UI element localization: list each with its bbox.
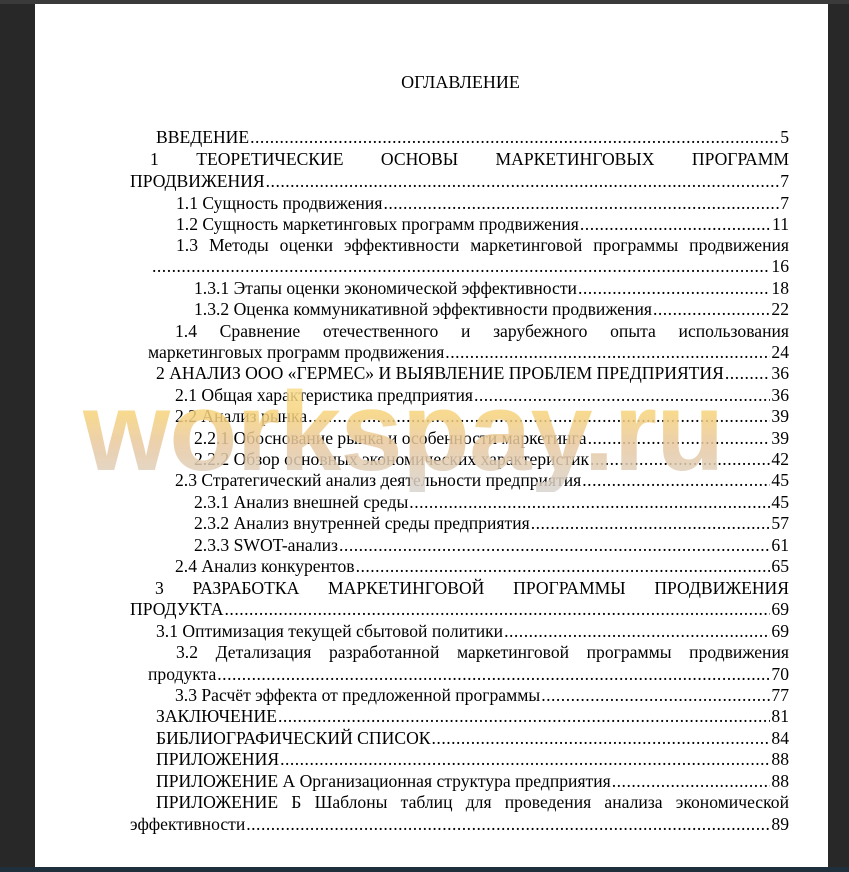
dot-leader	[250, 126, 779, 148]
toc-entry-line1[interactable]: 1.4 Сравнение отечественного и зарубежно…	[175, 320, 789, 342]
dot-leader	[308, 405, 770, 427]
toc-entry[interactable]: 2.2.2 Обзор основных экономических харак…	[194, 448, 789, 470]
toc-entry[interactable]: 2.4 Анализ конкурентов65	[175, 555, 789, 577]
toc-entry-line1[interactable]: 3 РАЗРАБОТКА МАРКЕТИНГОВОЙ ПРОГРАММЫ ПРО…	[155, 577, 789, 599]
dot-leader	[445, 341, 770, 363]
dot-leader	[409, 491, 770, 513]
toc-entry[interactable]: 1.2 Сущность маркетинговых программ прод…	[176, 213, 789, 235]
dot-leader	[383, 192, 779, 214]
toc-entry[interactable]: ПРИЛОЖЕНИЕ А Организационная структура п…	[156, 770, 789, 792]
toc-entry[interactable]: 2.2 Анализ рынка39	[175, 405, 789, 427]
dot-leader	[278, 705, 770, 727]
dot-leader	[580, 213, 771, 235]
dot-leader	[531, 512, 771, 534]
dot-leader	[612, 770, 771, 792]
toc-entry[interactable]: ПРИЛОЖЕНИЯ88	[156, 748, 789, 770]
toc-entry[interactable]: 2.3 Стратегический анализ деятельности п…	[175, 469, 789, 491]
toc-entry[interactable]: 1.3.1 Этапы оценки экономической эффекти…	[194, 277, 789, 299]
dot-leader	[356, 555, 771, 577]
dot-leader	[588, 427, 771, 449]
toc-entry[interactable]: маркетинговых программ продвижения24	[148, 341, 789, 363]
toc-entry[interactable]: 2 АНАЛИЗ ООО «ГЕРМЕС» И ВЫЯВЛЕНИЕ ПРОБЛЕ…	[156, 362, 789, 384]
dot-leader	[266, 170, 780, 192]
dot-leader	[246, 813, 770, 835]
table-of-contents: ВВЕДЕНИЕ5 1 ТЕОРЕТИЧЕСКИЕ ОСНОВЫ МАРКЕТИ…	[35, 4, 828, 867]
toc-entry-line1[interactable]: ПРИЛОЖЕНИЕ Б Шаблоны таблиц для проведен…	[156, 791, 789, 813]
toc-entry[interactable]: ПРОДВИЖЕНИЯ7	[130, 170, 789, 192]
toc-entry[interactable]: 2.3.3 SWOT-анализ61	[194, 534, 789, 556]
document-page: ОГЛАВЛЕНИЕ ВВЕДЕНИЕ5 1 ТЕОРЕТИЧЕСКИЕ ОСН…	[35, 4, 828, 867]
toc-entry[interactable]: ВВЕДЕНИЕ5	[156, 126, 789, 148]
dot-leader	[578, 277, 770, 299]
toc-entry-line1[interactable]: 3.2 Детализация разработанной маркетинго…	[176, 641, 789, 663]
dot-leader	[432, 727, 771, 749]
dot-leader	[339, 534, 770, 556]
toc-entry[interactable]: ПРОДУКТА69	[130, 598, 789, 620]
toc-entry[interactable]: ЗАКЛЮЧЕНИЕ81	[156, 705, 789, 727]
toc-entry[interactable]: 3.3 Расчёт эффекта от предложенной прогр…	[175, 684, 789, 706]
toc-entry[interactable]: 16	[151, 255, 789, 277]
toc-entry[interactable]: 2.2.1 Обоснование рынка и особенности ма…	[194, 427, 789, 449]
dot-leader	[152, 255, 770, 277]
dot-leader	[590, 448, 770, 470]
toc-entry-line1[interactable]: 1.3 Методы оценки эффективности маркетин…	[176, 234, 789, 256]
dot-leader	[582, 469, 770, 491]
dot-leader	[504, 620, 770, 642]
toc-entry[interactable]: 1.3.2 Оценка коммуникативной эффективнос…	[194, 298, 789, 320]
dot-leader	[653, 298, 770, 320]
toc-entry[interactable]: 2.3.2 Анализ внутренней среды предприяти…	[194, 512, 789, 534]
toc-entry[interactable]: БИБЛИОГРАФИЧЕСКИЙ СПИСОК84	[156, 727, 789, 749]
toc-entry[interactable]: эффективности89	[130, 813, 789, 835]
toc-entry-line1[interactable]: 1 ТЕОРЕТИЧЕСКИЕ ОСНОВЫ МАРКЕТИНГОВЫХ ПРО…	[150, 148, 789, 170]
dot-leader	[280, 748, 770, 770]
dot-leader	[225, 598, 771, 620]
toc-entry[interactable]: 2.1 Общая характеристика предприятия36	[175, 384, 789, 406]
toc-entry[interactable]: продукта70	[148, 663, 789, 685]
dot-leader	[725, 362, 771, 384]
dot-leader	[474, 384, 770, 406]
toc-entry[interactable]: 2.3.1 Анализ внешней среды45	[194, 491, 789, 513]
toc-entry[interactable]: 1.1 Сущность продвижения7	[176, 192, 789, 214]
viewer-bottom-bar	[0, 867, 849, 872]
dot-leader	[541, 684, 770, 706]
toc-entry[interactable]: 3.1 Оптимизация текущей сбытовой политик…	[156, 620, 789, 642]
dot-leader	[217, 663, 770, 685]
